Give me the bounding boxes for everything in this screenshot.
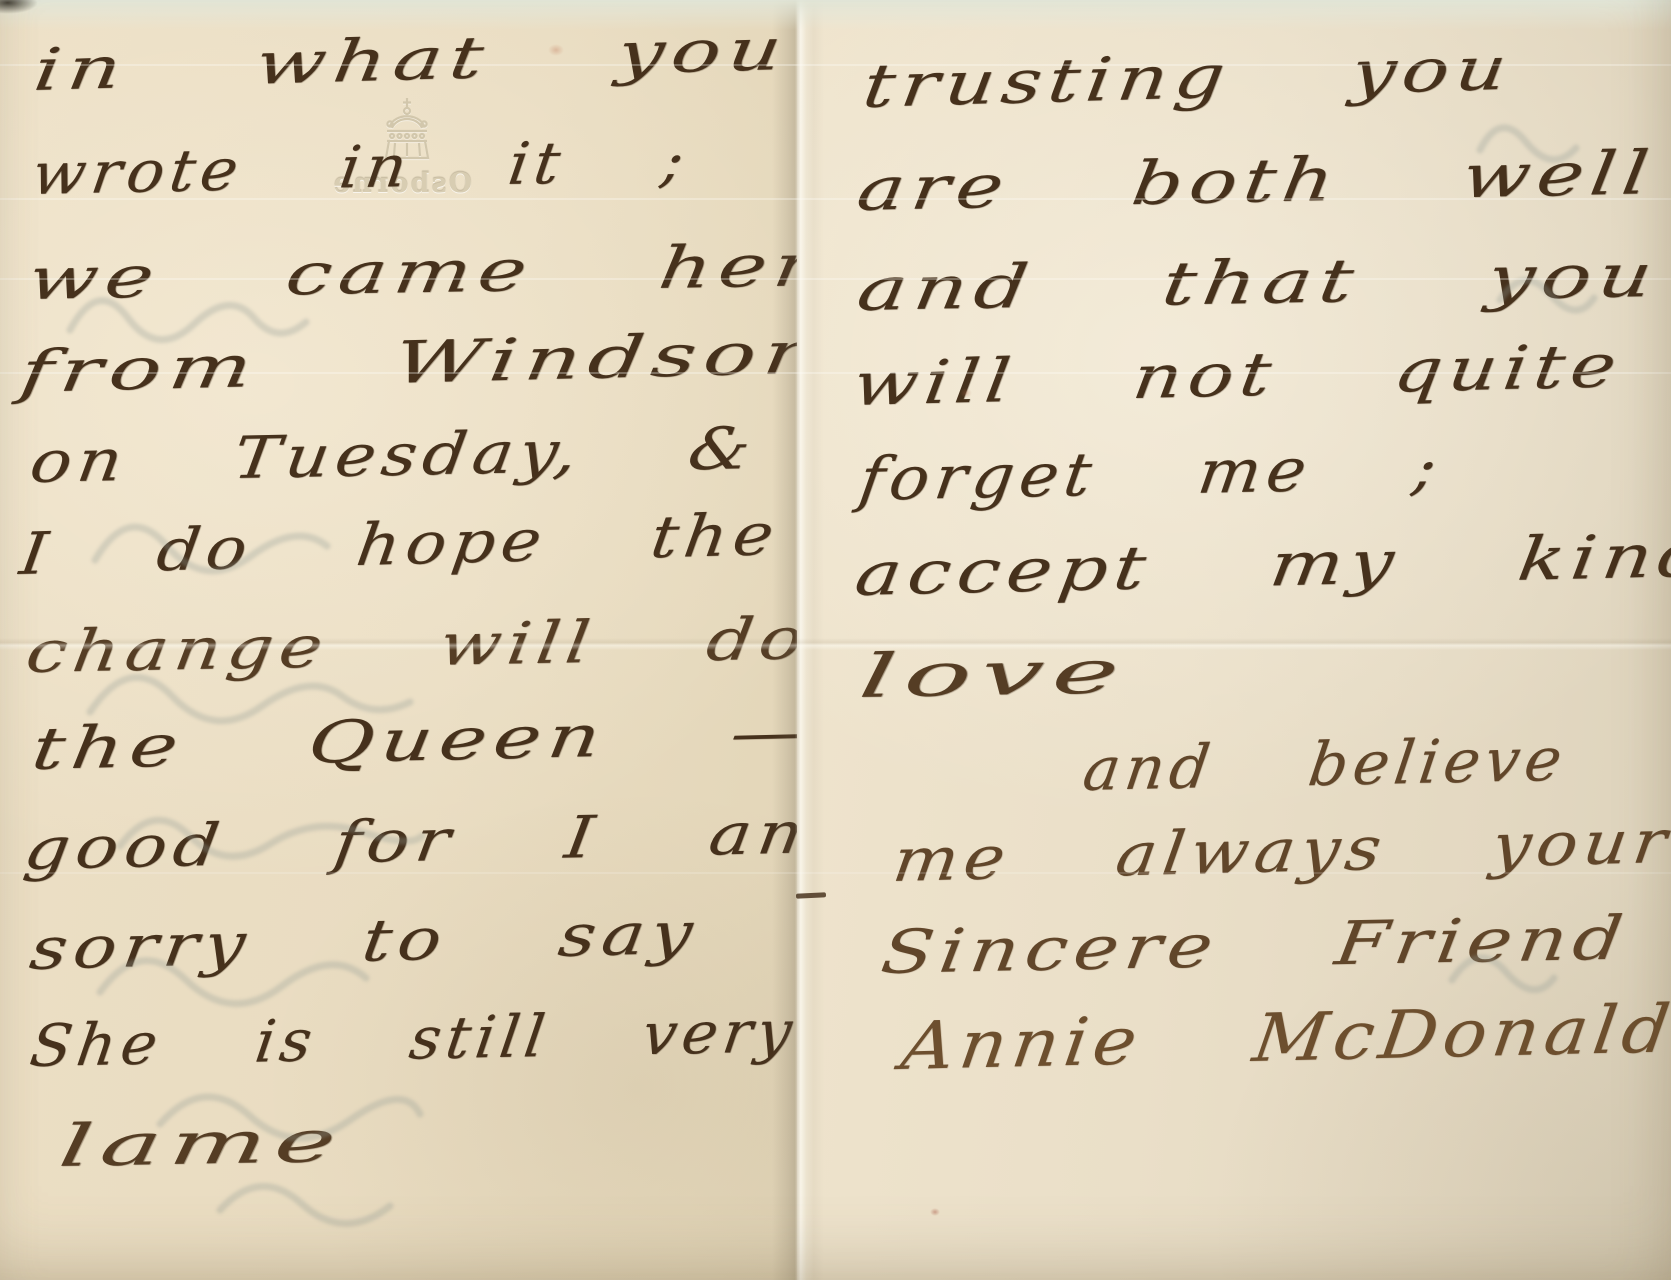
horizontal-crease — [0, 638, 1671, 650]
scan-line — [0, 372, 1671, 374]
letter-line: me always your — [889, 807, 1671, 896]
letter-line: sorry to say — [26, 898, 703, 983]
scan-line — [0, 198, 1671, 200]
letter-line: forget me ; — [855, 433, 1446, 515]
letter-line: on Tuesday, & — [26, 414, 760, 496]
scan-line — [0, 872, 1671, 874]
signature-line: Annie McDonald — [897, 990, 1671, 1085]
corner-speck — [0, 0, 38, 14]
letter-line: are both well — [853, 138, 1659, 225]
letter-line: from Windsor — [16, 318, 817, 406]
letter-line: good for I am — [20, 798, 836, 883]
scan-line — [0, 64, 1671, 66]
letter-line: we came here — [24, 230, 880, 313]
scan-line — [0, 278, 1671, 280]
letter-line: lame — [55, 1107, 349, 1180]
letter-line: and that you — [853, 241, 1664, 325]
letter-line: will not quite — [849, 331, 1627, 420]
foxing-spot — [548, 44, 564, 56]
foxing-spot — [930, 1208, 940, 1216]
letter-line: trusting you — [859, 34, 1517, 122]
paper-top-edge — [0, 0, 1671, 30]
letter-line: She is still very — [26, 997, 801, 1080]
letter-line: and believe — [1079, 725, 1571, 805]
letter-scan: Osborne in what you wrote in it ; we cam… — [0, 0, 1671, 1280]
letter-line: wrote in it ; — [28, 126, 693, 208]
letter-line: Sincere Friend — [877, 903, 1633, 988]
letter-line: I do hope the — [16, 500, 783, 588]
foxing-spot — [960, 388, 972, 398]
letter-line: accept my kind — [851, 520, 1671, 610]
